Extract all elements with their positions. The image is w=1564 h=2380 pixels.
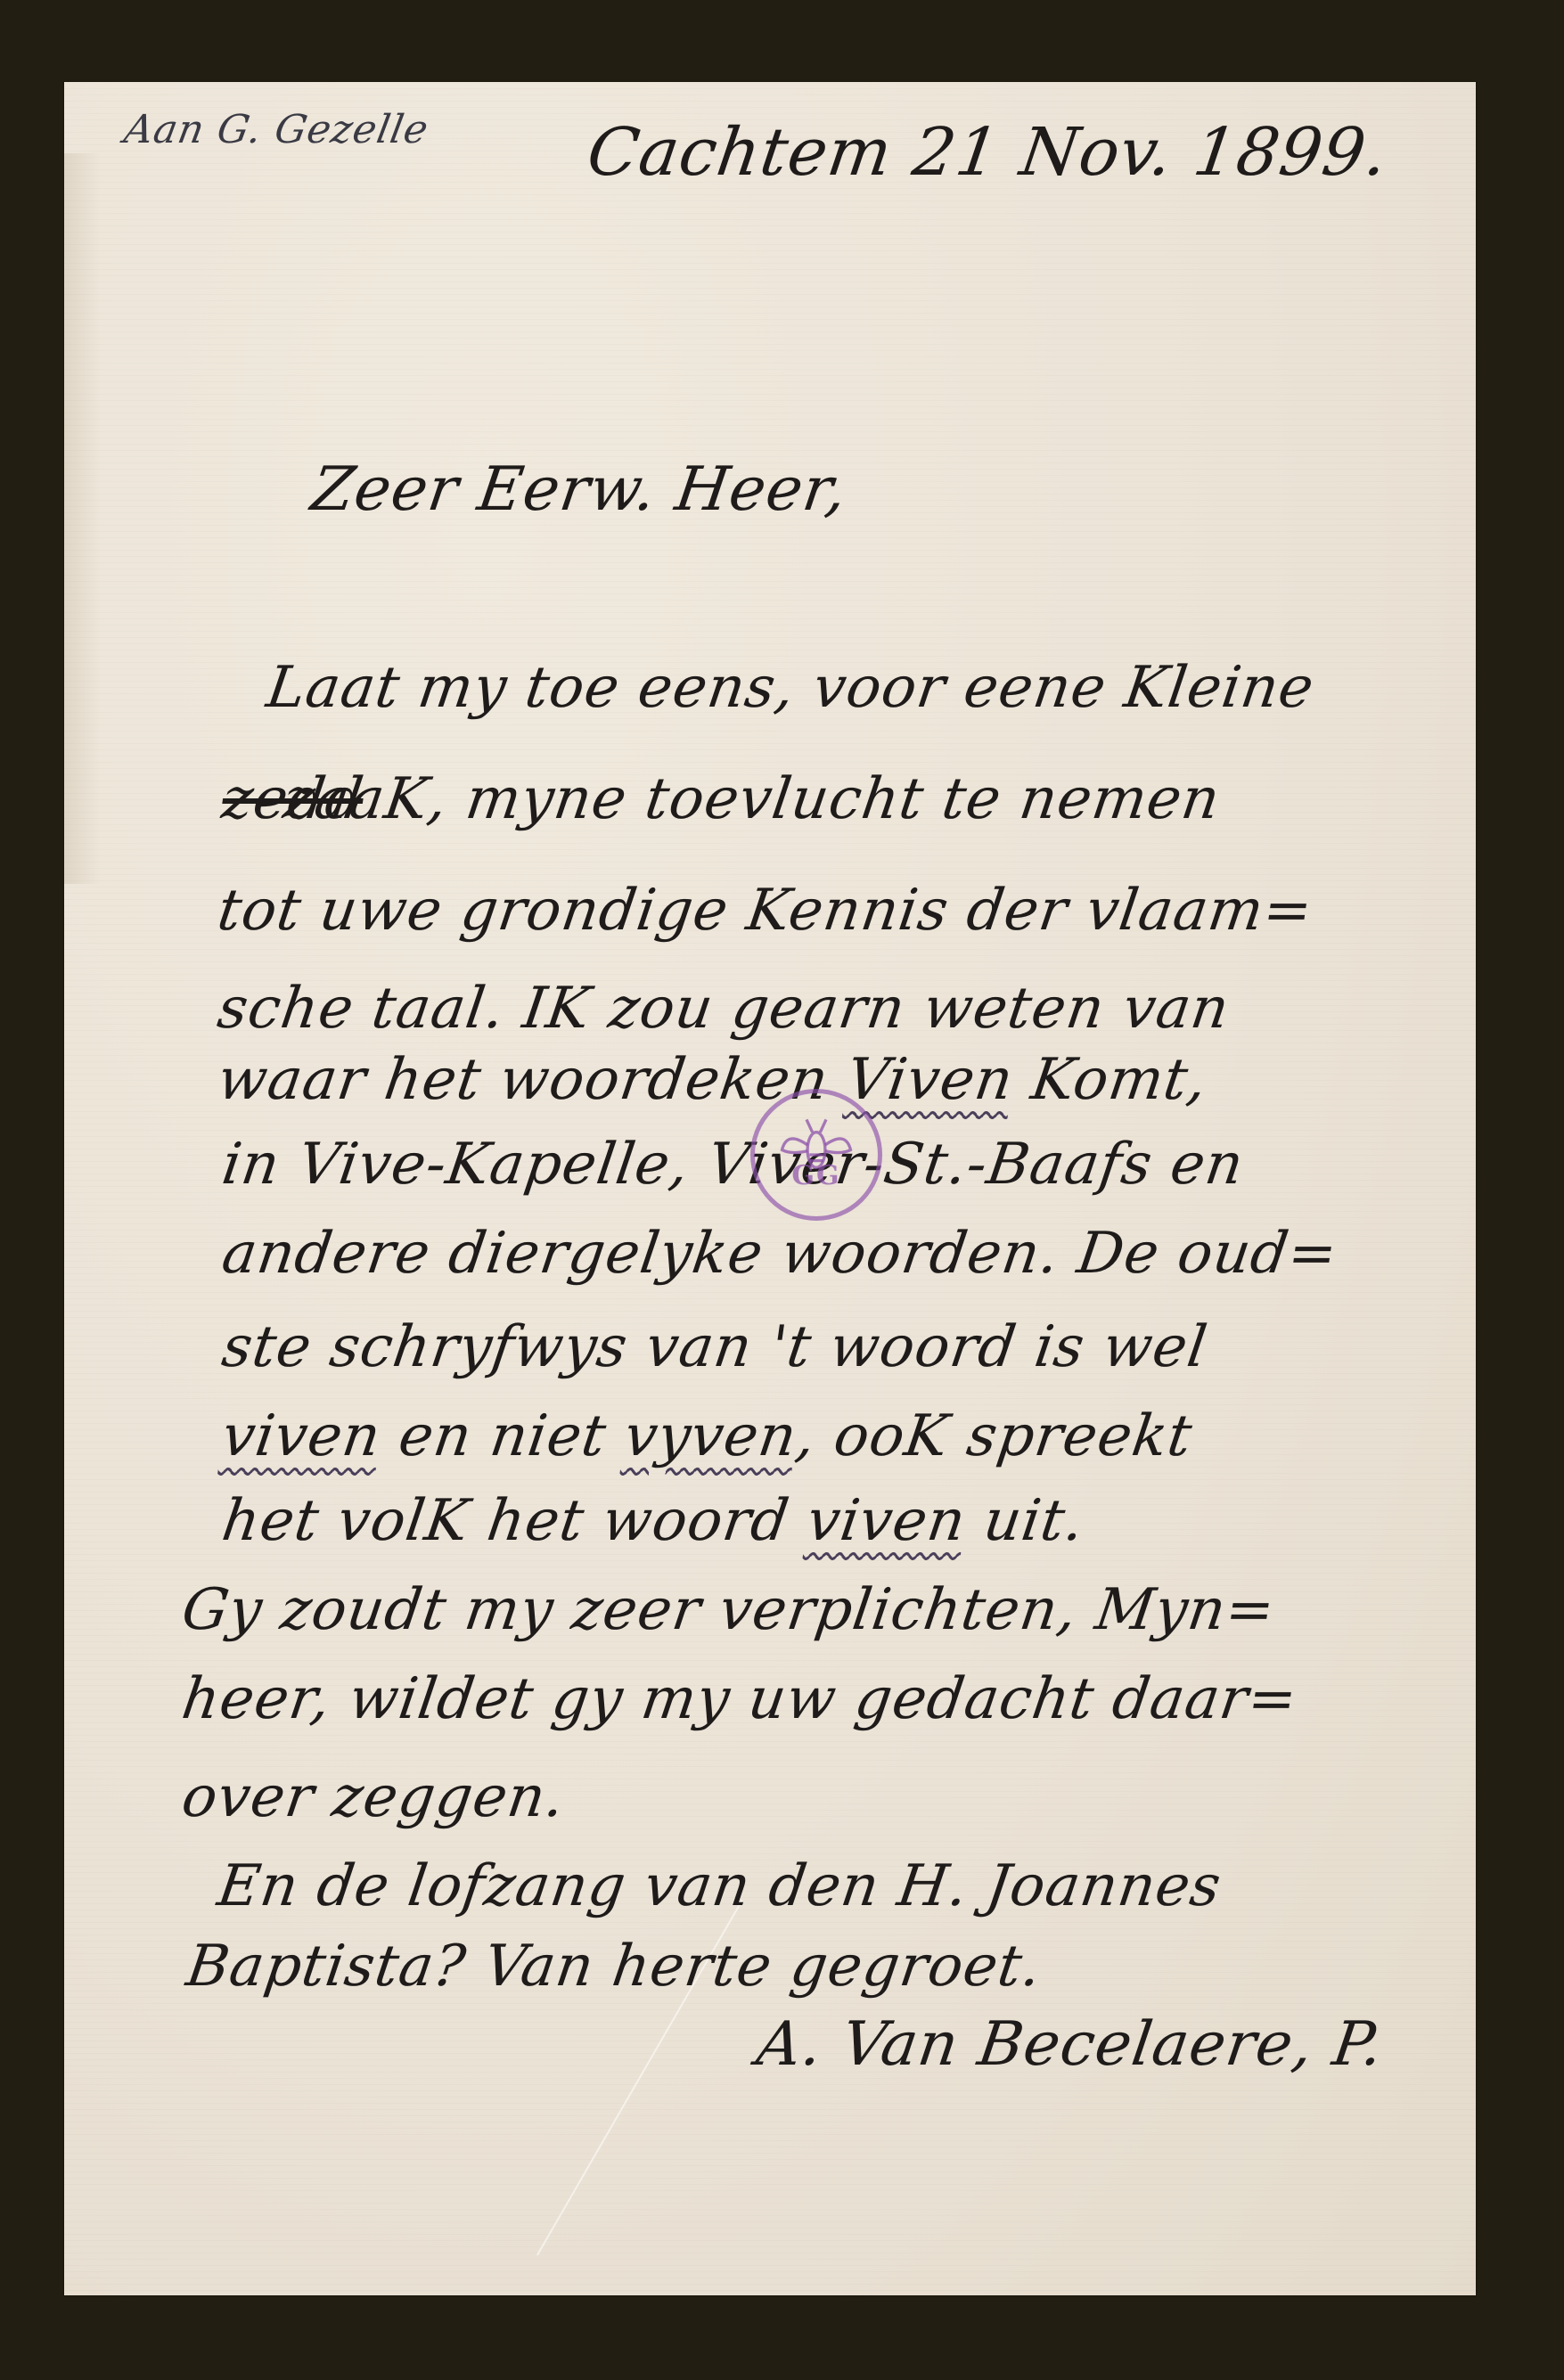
body-line-3: tot uwe grondige Kennis der vlaam= <box>214 878 1317 944</box>
letter-salutation: Zeer Eerw. Heer, <box>307 454 851 525</box>
paper-edge-stain <box>64 153 100 884</box>
body-line-9-post: , ooK spreekt <box>792 1403 1197 1469</box>
underlined-word-viven: viven <box>218 1403 385 1469</box>
letter-signature: A. Van Becelaere, P. <box>752 2009 1388 2080</box>
body-line-10-post: uit. <box>961 1488 1088 1554</box>
body-line-9: viven en niet vyven, ooK spreekt <box>218 1403 1197 1469</box>
underlined-word-viven: Viven <box>842 1047 1017 1113</box>
recipient-annotation: Aan G. Gezelle <box>121 107 432 152</box>
body-line-2-text: zaaK, myne toevlucht te nemen <box>280 766 1224 832</box>
body-line-10-pre: het volK het woord <box>218 1488 813 1554</box>
body-line-5-post: Komt, <box>1008 1047 1211 1113</box>
underlined-word-vyven: vyven <box>620 1403 801 1469</box>
body-line-9-mid: en niet <box>376 1403 630 1469</box>
body-line-14: En de lofzang van den H. Joannes <box>214 1853 1225 1919</box>
stamp-monogram: GG <box>755 1160 878 1191</box>
body-line-4: sche taal. IK zou gearn weten van <box>214 976 1233 1042</box>
body-line-5-pre: waar het woordeken <box>214 1047 852 1113</box>
body-line-10: het volK het woord viven uit. <box>218 1488 1089 1554</box>
letter-dateline: Cachtem 21 Nov. 1899. <box>583 114 1393 191</box>
body-line-12: heer, wildet gy my uw gedacht daar= <box>178 1666 1302 1732</box>
body-line-2: zedd zaaK, myne toevlucht te nemen <box>218 766 1224 832</box>
body-line-13: over zeggen. <box>178 1764 569 1830</box>
underlined-word-viven: viven <box>803 1488 970 1554</box>
body-line-11: Gy zoudt my zeer verplichten, Myn= <box>178 1577 1280 1643</box>
body-line-6: in Vive-Kapelle, Viver-St.-Baafs en <box>218 1132 1249 1198</box>
archive-stamp: GG <box>750 1089 882 1221</box>
body-line-8: ste schryfwys van 't woord is wel <box>218 1314 1212 1380</box>
body-line-1: Laat my toe eens, voor eene Kleine <box>263 655 1318 721</box>
body-line-7: andere diergelyke woorden. De oud= <box>218 1221 1342 1287</box>
body-line-15: Baptista? Van herte gegroet. <box>183 1934 1046 2000</box>
body-line-5: waar het woordeken Viven Komt, <box>214 1047 1212 1113</box>
